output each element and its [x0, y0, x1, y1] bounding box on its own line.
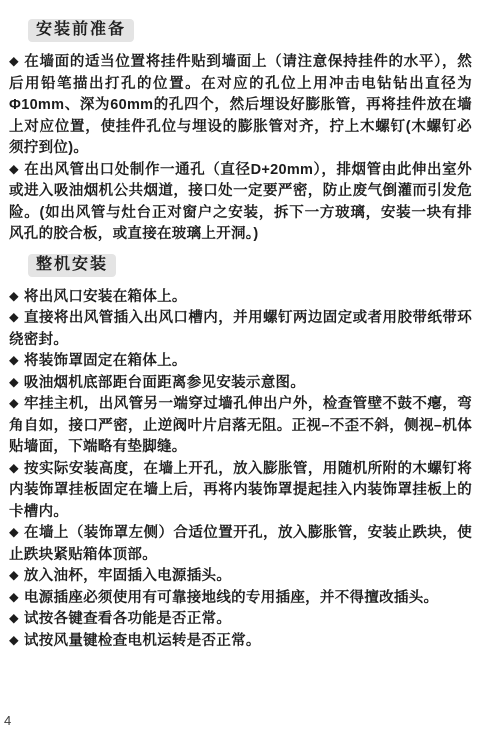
manual-section: 整机安装◆将出风口安装在箱体上。◆直接将出风管插入出风口槽内，并用螺钉两边固定或… [9, 254, 472, 653]
section-title: 安装前准备 [28, 19, 134, 42]
diamond-bullet-icon: ◆ [9, 458, 19, 480]
bullet-item: ◆在出风管出口处制作一通孔（直径D+20mm），排烟管由此伸出室外或进入吸油烟机… [9, 160, 472, 246]
bullet-item: ◆放入油杯，牢固插入电源插头。 [9, 566, 472, 588]
bullet-item: ◆吸油烟机底部距台面距离参见安装示意图。 [9, 373, 472, 395]
bullet-item-text: 将装饰罩固定在箱体上。 [24, 353, 187, 369]
diamond-bullet-icon: ◆ [9, 608, 19, 630]
bullet-item-text: 在墙上（装饰罩左侧）合适位置开孔，放入膨胀管，安装止跌块，使止跌块紧贴箱体顶部。 [9, 525, 472, 563]
bullet-item-text: 吸油烟机底部距台面距离参见安装示意图。 [24, 375, 305, 391]
diamond-bullet-icon: ◆ [9, 286, 19, 308]
bullet-item: ◆试按各键查看各功能是否正常。 [9, 609, 472, 631]
diamond-bullet-icon: ◆ [9, 372, 19, 394]
manual-section: 安装前准备◆在墙面的适当位置将挂件贴到墙面上（请注意保持挂件的水平），然后用铅笔… [9, 19, 472, 246]
section-title-row: 安装前准备 [28, 19, 472, 42]
diamond-bullet-icon: ◆ [9, 565, 19, 587]
diamond-bullet-icon: ◆ [9, 307, 19, 329]
diamond-bullet-icon: ◆ [9, 587, 19, 609]
bullet-item-text: 在出风管出口处制作一通孔（直径D+20mm），排烟管由此伸出室外或进入吸油烟机公… [9, 162, 472, 243]
bullet-item: ◆直接将出风管插入出风口槽内，并用螺钉两边固定或者用胶带纸带环绕密封。 [9, 308, 472, 351]
section-title-row: 整机安装 [28, 254, 472, 277]
manual-page: 安装前准备◆在墙面的适当位置将挂件贴到墙面上（请注意保持挂件的水平），然后用铅笔… [0, 0, 481, 736]
bullet-item: ◆按实际安装高度，在墙上开孔，放入膨胀管，用随机所附的木螺钉将内装饰罩挂板固定在… [9, 459, 472, 524]
bullet-item-text: 将出风口安装在箱体上。 [24, 289, 187, 305]
diamond-bullet-icon: ◆ [9, 630, 19, 652]
page-number: 4 [4, 713, 11, 728]
bullet-item: ◆试按风量键检查电机运转是否正常。 [9, 631, 472, 653]
bullet-item: ◆将装饰罩固定在箱体上。 [9, 351, 472, 373]
bullet-item: ◆在墙面的适当位置将挂件贴到墙面上（请注意保持挂件的水平），然后用铅笔描出打孔的… [9, 52, 472, 160]
bullet-item: ◆电源插座必须使用有可靠接地线的专用插座，并不得擅改插头。 [9, 588, 472, 610]
section-title: 整机安装 [28, 254, 116, 277]
bullet-item-text: 在墙面的适当位置将挂件贴到墙面上（请注意保持挂件的水平），然后用铅笔描出打孔的位… [9, 54, 472, 156]
bullet-item: ◆将出风口安装在箱体上。 [9, 287, 472, 309]
bullet-item-text: 电源插座必须使用有可靠接地线的专用插座，并不得擅改插头。 [24, 590, 438, 606]
diamond-bullet-icon: ◆ [9, 522, 19, 544]
bullet-item-text: 试按各键查看各功能是否正常。 [24, 611, 231, 627]
bullet-item-text: 按实际安装高度，在墙上开孔，放入膨胀管，用随机所附的木螺钉将内装饰罩挂板固定在墙… [9, 461, 472, 520]
diamond-bullet-icon: ◆ [9, 393, 19, 415]
diamond-bullet-icon: ◆ [9, 51, 19, 73]
bullet-item: ◆在墙上（装饰罩左侧）合适位置开孔，放入膨胀管，安装止跌块，使止跌块紧贴箱体顶部… [9, 523, 472, 566]
diamond-bullet-icon: ◆ [9, 159, 19, 181]
bullet-item-text: 试按风量键检查电机运转是否正常。 [24, 633, 261, 649]
bullet-item-text: 牢挂主机，出风管另一端穿过墙孔伸出户外，检查管壁不鼓不瘪，弯角自如，接口严密，止… [9, 396, 472, 455]
diamond-bullet-icon: ◆ [9, 350, 19, 372]
bullet-item-text: 放入油杯，牢固插入电源插头。 [24, 568, 231, 584]
bullet-item-text: 直接将出风管插入出风口槽内，并用螺钉两边固定或者用胶带纸带环绕密封。 [9, 310, 472, 348]
bullet-item: ◆牢挂主机，出风管另一端穿过墙孔伸出户外，检查管壁不鼓不瘪，弯角自如，接口严密，… [9, 394, 472, 459]
sections: 安装前准备◆在墙面的适当位置将挂件贴到墙面上（请注意保持挂件的水平），然后用铅笔… [9, 19, 472, 652]
